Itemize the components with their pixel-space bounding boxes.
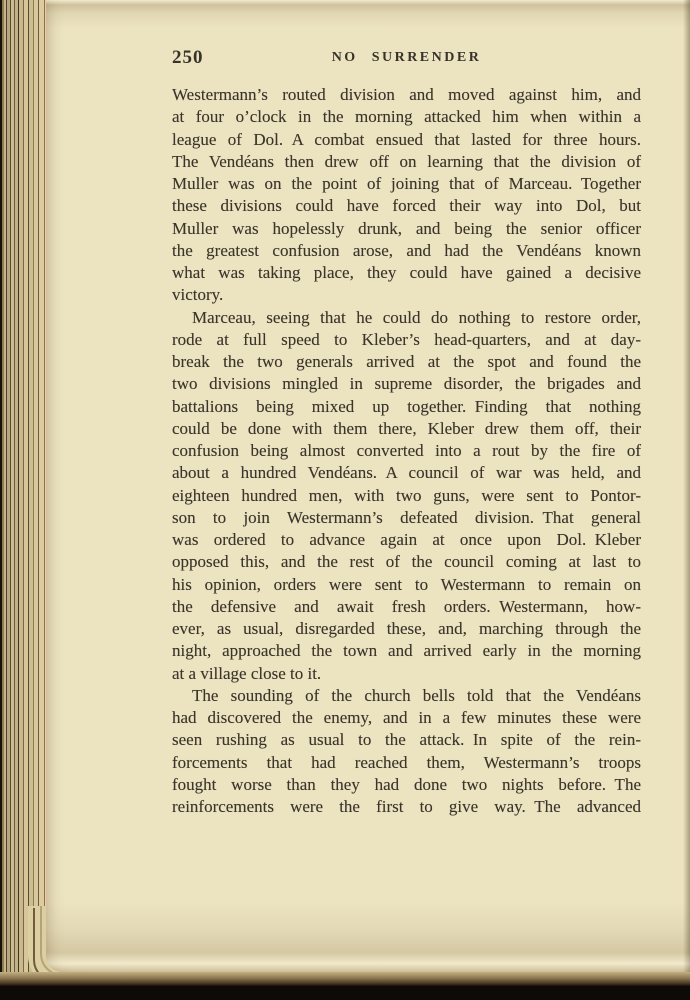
text-line: Marceau, seeing that he could do nothing… [172, 307, 641, 329]
page-right-shadow [683, 0, 690, 972]
page-top-shadow [46, 0, 690, 28]
text-line: could be done with them there, Kleber dr… [172, 418, 641, 440]
text-line: night, approached the town and arrived e… [172, 640, 641, 662]
text-line: fought worse than they had done two nigh… [172, 774, 641, 796]
text-line: league of Dol. A combat ensued that last… [172, 129, 641, 151]
text-line: victory. [172, 284, 641, 306]
text-line: rode at full speed to Kleber’s head-quar… [172, 329, 641, 351]
text-line: forcements that had reached them, Wester… [172, 752, 641, 774]
text-line: battalions being mixed up together. Find… [172, 396, 641, 418]
text-line: Muller was hopelessly drunk, and being t… [172, 218, 641, 240]
text-line: at four o’clock in the morning attacked … [172, 106, 641, 128]
book-page-edges-left [0, 0, 52, 982]
text-line: Muller was on the point of joining that … [172, 173, 641, 195]
text-line: these divisions could have forced their … [172, 195, 641, 217]
text-line: break the two generals arrived at the sp… [172, 351, 641, 373]
text-line: about a hundred Vendéans. A council of w… [172, 462, 641, 484]
text-line: The sounding of the church bells told th… [172, 685, 641, 707]
text-line: The Vendéans then drew off on learning t… [172, 151, 641, 173]
text-block: Westermann’s routed division and moved a… [172, 84, 641, 818]
text-line: son to join Westermann’s defeated divisi… [172, 507, 641, 529]
text-line: what was taking place, they could have g… [172, 262, 641, 284]
page-bottom-crease [46, 902, 690, 972]
text-line: the greatest confusion arose, and had th… [172, 240, 641, 262]
text-line: had discovered the enemy, and in a few m… [172, 707, 641, 729]
book-photo: 250 NO SURRENDER Westermann’s routed div… [0, 0, 690, 1000]
book-bottom-edge [0, 972, 690, 986]
text-line: ever, as usual, disregarded these, and, … [172, 618, 641, 640]
book-page: 250 NO SURRENDER Westermann’s routed div… [46, 0, 690, 972]
text-line: the defensive and await fresh orders. We… [172, 596, 641, 618]
text-line: Westermann’s routed division and moved a… [172, 84, 641, 106]
text-line: opposed this, and the rest of the counci… [172, 551, 641, 573]
page-header: 250 NO SURRENDER [172, 47, 641, 69]
text-line: was ordered to advance again at once upo… [172, 529, 641, 551]
text-line: his opinion, orders were sent to Westerm… [172, 574, 641, 596]
text-line: confusion being almost converted into a … [172, 440, 641, 462]
text-line: reinforcements were the first to give wa… [172, 796, 641, 818]
text-line: eighteen hundred men, with two guns, wer… [172, 485, 641, 507]
text-line: at a village close to it. [172, 663, 641, 685]
text-line: seen rushing as usual to the attack. In … [172, 729, 641, 751]
text-line: two divisions mingled in supreme disorde… [172, 373, 641, 395]
running-header: NO SURRENDER [172, 50, 641, 66]
